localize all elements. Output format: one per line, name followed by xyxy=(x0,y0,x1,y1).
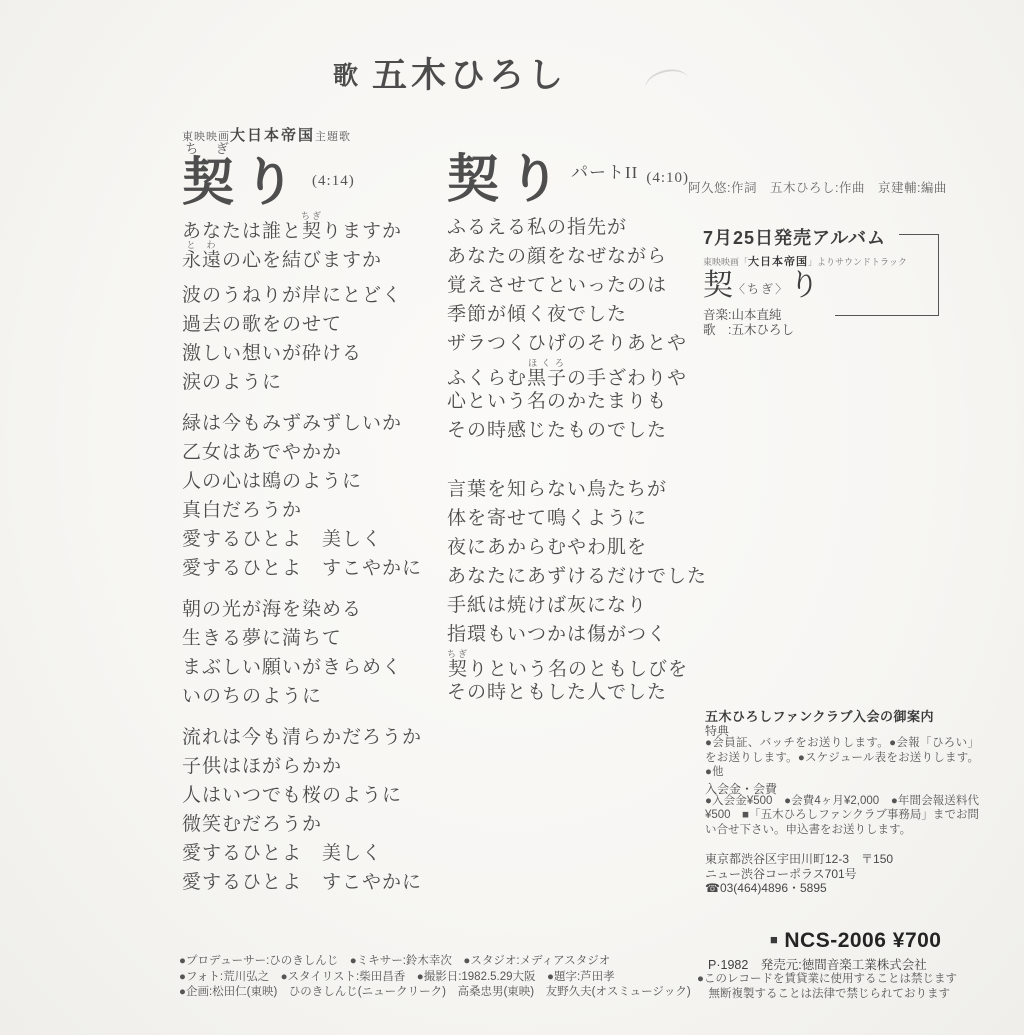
lyric-line: あなたの顔をなぜながら xyxy=(447,242,707,271)
fanclub-fees-label: 入会金・会費 xyxy=(705,780,979,794)
fanclub-benefits-label: 特典 xyxy=(705,722,979,736)
album-box-bracket-right xyxy=(938,234,939,316)
fanclub-info: 五木ひろしファンクラブ入会の御案内 特典 ●会員証、バッチをお送りします。●会報… xyxy=(705,706,979,837)
lyric-line: 覚えさせてといったのは xyxy=(447,271,707,300)
song2-header: 契りパートII(4:10) xyxy=(447,144,689,204)
lyric-line: 手紙は焼けば灰になり xyxy=(447,591,707,620)
record-sleeve-back: 歌五木ひろし 東映映画大日本帝国主題歌 契ちぎり(4:14) 契りパートII(4… xyxy=(0,0,1024,1035)
lyric-line: ふくらむ黒子ほくろの手ざわりや xyxy=(447,358,707,387)
publisher-line: P·1982 発売元:徳間音楽工業株式会社 xyxy=(708,955,927,973)
rental-notice: ●このレコードを賃貸業に使用することは禁じます 無断複製することは法律で禁じられ… xyxy=(697,972,957,1002)
lyric-line: ザラつくひげのそりあとや xyxy=(447,329,707,358)
text-line: ●このレコードを賃貸業に使用することは禁じます xyxy=(697,972,957,987)
album-vocal-credit: 歌 :五木ひろし xyxy=(703,323,939,338)
lyrics-song1: あなたは誰と契ちぎりますか永遠とわの心を結びますか波のうねりが岸にとどく過去の歌… xyxy=(182,211,422,909)
lyric-line: 激しい想いが砕ける xyxy=(182,339,422,368)
text-line: ●企画:松田仁(東映) ひのきしんじ(ニュークリーク) 高桑忠男(東映) 友野久… xyxy=(179,985,691,1001)
lyric-stanza: 波のうねりが岸にとどく過去の歌をのせて激しい想いが砕ける涙のように xyxy=(182,281,422,397)
song2-title-text: 契り xyxy=(447,152,569,209)
album-box-bracket-bottom xyxy=(835,315,939,316)
text-line: ニュー渋谷コーポラス701号 xyxy=(705,867,893,882)
lyric-stanza: 言葉を知らない鳥たちが体を寄せて鳴くように夜にあからむやわ肌をあなたにあずけるだ… xyxy=(447,475,707,707)
song1-duration: (4:14) xyxy=(312,173,355,189)
song2-title: 契りパートII(4:10) xyxy=(447,144,689,204)
lyric-line: あなたにあずけるだけでした xyxy=(447,562,707,591)
lyric-line: ふるえる私の指先が xyxy=(447,213,707,242)
lyric-line: 愛するひとよ 美しく xyxy=(182,839,422,868)
album-box-bracket-top xyxy=(899,234,939,235)
song1-header: 東映映画大日本帝国主題歌 契ちぎり(4:14) xyxy=(182,124,355,205)
album-title-kana: り xyxy=(789,269,819,302)
vocal-prefix-label: 歌 xyxy=(333,63,360,90)
lyric-line: あなたは誰と契ちぎりますか xyxy=(182,211,422,240)
lyric-line: 流れは今も清らかだろうか xyxy=(182,723,422,752)
text-line: ☎03(464)4896・5895 xyxy=(705,881,893,896)
lyric-stanza: ふるえる私の指先があなたの顔をなぜながら覚えさせてといったのは季節が傾く夜でした… xyxy=(447,213,707,445)
lyric-line: 人の心は鴎のように xyxy=(182,467,422,496)
lyrics-song2: ふるえる私の指先があなたの顔をなぜながら覚えさせてといったのは季節が傾く夜でした… xyxy=(447,213,707,737)
scan-crease xyxy=(642,65,691,103)
lyric-line: 契ちぎりという名のともしびを xyxy=(447,649,707,678)
album-soundtrack-note: 東映映画「大日本帝国」よりサウンドトラック xyxy=(703,253,939,269)
lyric-line: 夜にあからむやわ肌を xyxy=(447,533,707,562)
song1-title: 契ちぎり(4:14) xyxy=(182,141,355,205)
catalog-number-line: ■NCS-2006 ¥700 xyxy=(770,929,941,953)
album-box: 7月25日発売アルバム 東映映画「大日本帝国」よりサウンドトラック 契〈ちぎ〉り… xyxy=(703,224,939,322)
lyric-line: 指環もいつかは傷がつく xyxy=(447,620,707,649)
lyric-line: 波のうねりが岸にとどく xyxy=(182,281,422,310)
fanclub-fees-text: ●入会金¥500 ●会費4ヶ月¥2,000 ●年間会報送料代¥500 ■「五木ひ… xyxy=(705,794,979,838)
soundtrack-post: 」よりサウンドトラック xyxy=(808,257,907,267)
lyric-line: 季節が傾く夜でした xyxy=(447,300,707,329)
album-release-date: 7月25日発売アルバム xyxy=(703,224,939,250)
fanclub-benefits-text: ●会員証、バッチをお送りします。●会報「ひろい」をお送りします。●スケジュール表… xyxy=(705,736,979,780)
song1-title-text: 契ちぎり xyxy=(182,155,304,212)
text-line: 無断複製することは法律で禁じられております xyxy=(697,987,957,1002)
lyric-line: 緑は今もみずみずしいか xyxy=(182,409,422,438)
square-bullet-icon: ■ xyxy=(770,932,778,947)
artist-header: 歌五木ひろし xyxy=(333,48,567,98)
lyric-line: 愛するひとよ すこやかに xyxy=(182,554,422,583)
song2-subtitle: パートII xyxy=(571,163,638,182)
lyric-stanza: 流れは今も清らかだろうか子供はほがらかか人はいつでも桜のように微笑むだろうか愛す… xyxy=(182,723,422,897)
album-title-kanji: 契 xyxy=(703,269,733,302)
soundtrack-pre: 東映映画「 xyxy=(703,257,748,267)
lyric-line: 微笑むだろうか xyxy=(182,810,422,839)
lyric-line: 乙女はあでやかか xyxy=(182,438,422,467)
lyric-line: 生きる夢に満ちて xyxy=(182,624,422,653)
tagline-post: 主題歌 xyxy=(315,131,351,143)
fanclub-address: 東京都渋谷区宇田川町12-3 〒150ニュー渋谷コーポラス701号☎03(464… xyxy=(705,852,893,896)
catalog-number: NCS-2006 xyxy=(784,929,886,952)
album-title: 契〈ちぎ〉り xyxy=(703,269,939,308)
lyric-line: 朝の光が海を染める xyxy=(182,595,422,624)
lyric-stanza: あなたは誰と契ちぎりますか永遠とわの心を結びますか xyxy=(182,211,422,269)
lyric-line: 言葉を知らない鳥たちが xyxy=(447,475,707,504)
lyric-line: 愛するひとよ 美しく xyxy=(182,525,422,554)
lyric-stanza: 緑は今もみずみずしいか乙女はあでやかか人の心は鴎のように真白だろうか愛するひとよ… xyxy=(182,409,422,583)
lyric-line: 真白だろうか xyxy=(182,496,422,525)
lyric-line: 涙のように xyxy=(182,368,422,397)
lyric-line: 体を寄せて鳴くように xyxy=(447,504,707,533)
text-line: ●フォト:荒川弘之 ●スタイリスト:柴田昌香 ●撮影日:1982.5.29大阪 … xyxy=(179,970,691,986)
album-title-reading: 〈ちぎ〉 xyxy=(733,282,789,296)
lyric-line: 愛するひとよ すこやかに xyxy=(182,868,422,897)
artist-name: 五木ひろし xyxy=(372,56,567,95)
lyric-line: いのちのように xyxy=(182,682,422,711)
soundtrack-movie: 大日本帝国 xyxy=(748,256,808,268)
text-line: 東京都渋谷区宇田川町12-3 〒150 xyxy=(705,852,893,867)
lyric-line: 人はいつでも桜のように xyxy=(182,781,422,810)
movie-tagline: 東映映画大日本帝国主題歌 xyxy=(182,124,355,141)
price: ¥700 xyxy=(893,929,942,952)
lyric-line: 子供はほがらかか xyxy=(182,752,422,781)
writers-credit: 阿久悠:作詞 五木ひろし:作曲 京建輔:編曲 xyxy=(688,178,947,196)
fanclub-heading: 五木ひろしファンクラブ入会の御案内 xyxy=(705,706,979,722)
song2-duration: (4:10) xyxy=(646,170,689,186)
lyric-line: まぶしい願いがきらめく xyxy=(182,653,422,682)
production-credits: ●プロデューサー:ひのきしんじ ●ミキサー:鈴木幸次 ●スタジオ:メディアスタジ… xyxy=(179,954,691,1001)
text-line: ●プロデューサー:ひのきしんじ ●ミキサー:鈴木幸次 ●スタジオ:メディアスタジ… xyxy=(179,954,691,970)
lyric-line: その時感じたものでした xyxy=(447,416,707,445)
lyric-line: 過去の歌をのせて xyxy=(182,310,422,339)
lyric-stanza: 朝の光が海を染める生きる夢に満ちてまぶしい願いがきらめくいのちのように xyxy=(182,595,422,711)
